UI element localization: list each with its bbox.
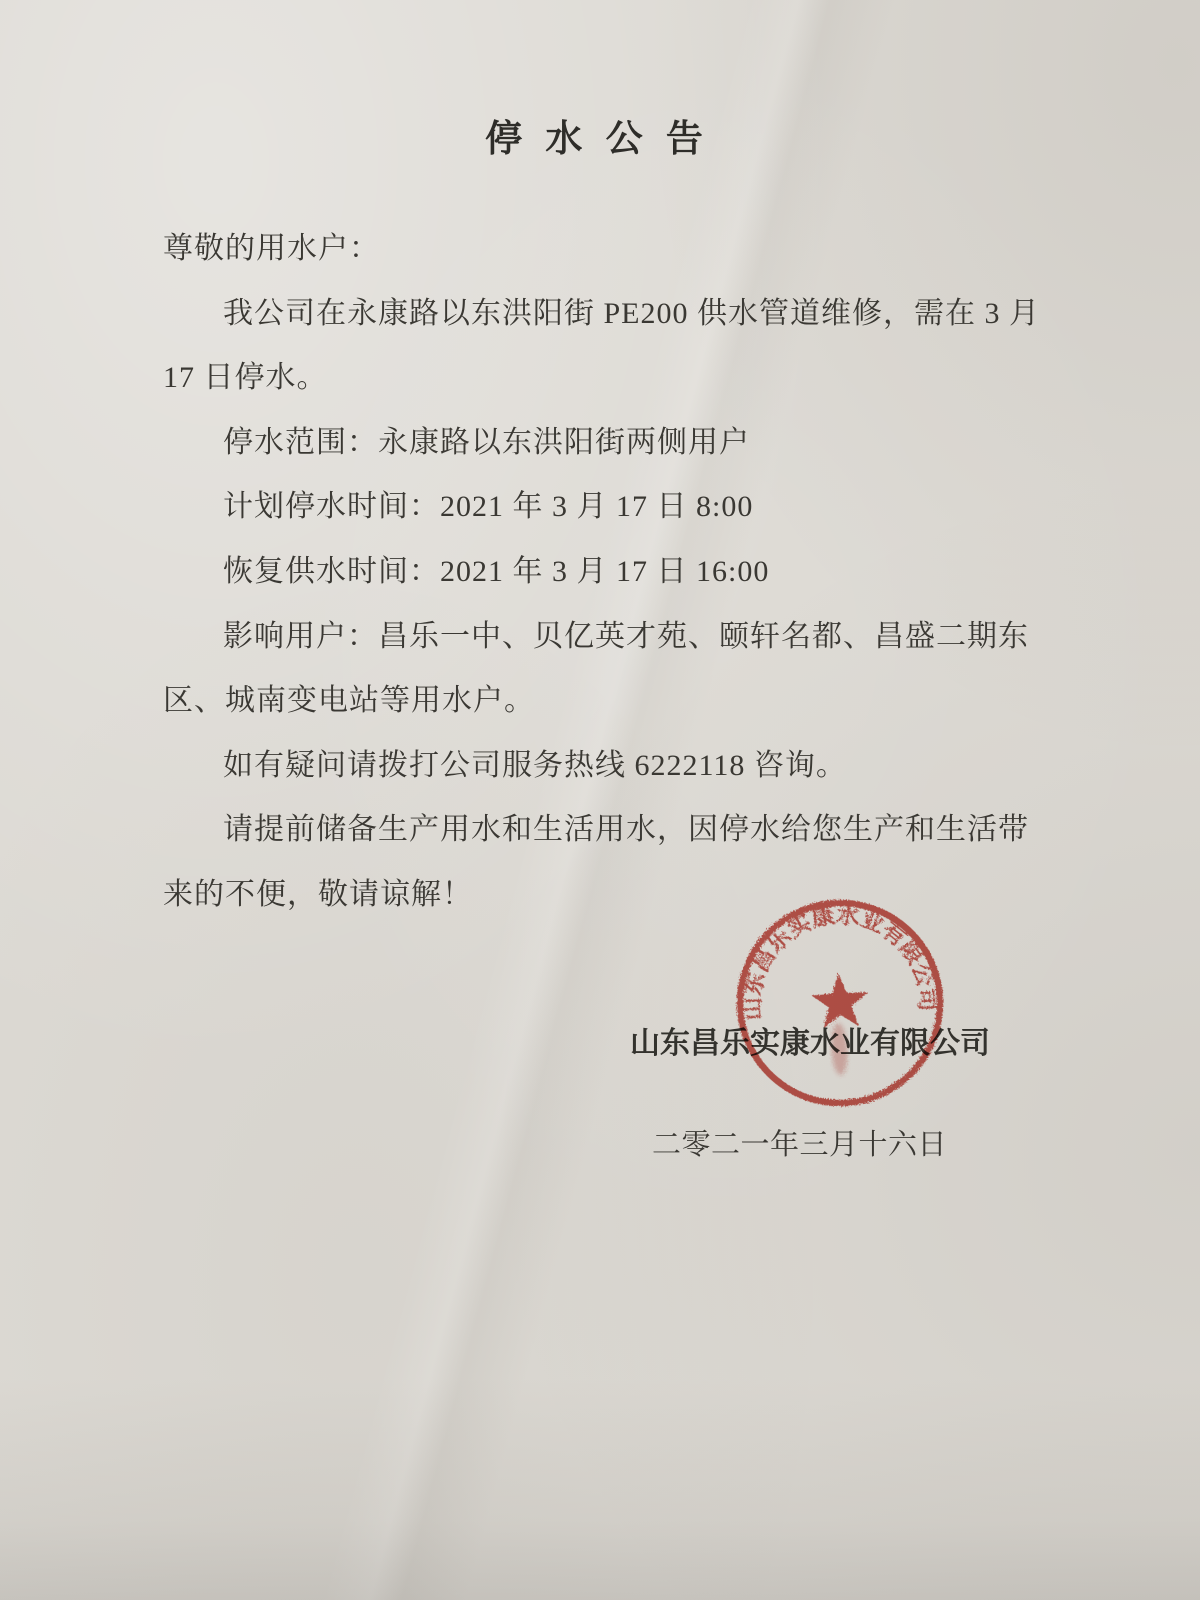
body-line: 恢复供水时间：2021 年 3 月 17 日 16:00 — [163, 540, 1060, 605]
body-line: 来的不便，敬请谅解！ — [163, 863, 1060, 928]
body-line: 计划停水时间：2021 年 3 月 17 日 8:00 — [163, 475, 1060, 540]
body-line: 尊敬的用水户： — [163, 217, 1060, 282]
body-line: 17 日停水。 — [163, 346, 1060, 411]
body-line: 停水范围：永康路以东洪阳街两侧用户 — [163, 411, 1060, 476]
document-photo: 停 水 公 告 尊敬的用水户：我公司在永康路以东洪阳街 PE200 供水管道维修… — [0, 0, 1200, 1600]
seal-ring — [735, 898, 945, 1108]
notice-body: 尊敬的用水户：我公司在永康路以东洪阳街 PE200 供水管道维修，需在 3 月1… — [163, 217, 1060, 928]
body-line: 请提前储备生产用水和生活用水，因停水给您生产和生活带 — [163, 798, 1060, 863]
body-line: 如有疑问请拨打公司服务热线 6222118 咨询。 — [163, 734, 1060, 799]
body-line: 我公司在永康路以东洪阳街 PE200 供水管道维修，需在 3 月 — [163, 282, 1060, 347]
signature-date: 二零二一年三月十六日 — [652, 1122, 947, 1163]
company-signature: 山东昌乐实康水业有限公司 — [630, 1018, 990, 1062]
body-line: 影响用户：昌乐一中、贝亿英才苑、颐轩名都、昌盛二期东 — [163, 605, 1060, 670]
body-line: 区、城南变电站等用水户。 — [163, 669, 1060, 734]
notice-title: 停 水 公 告 — [0, 108, 1190, 162]
